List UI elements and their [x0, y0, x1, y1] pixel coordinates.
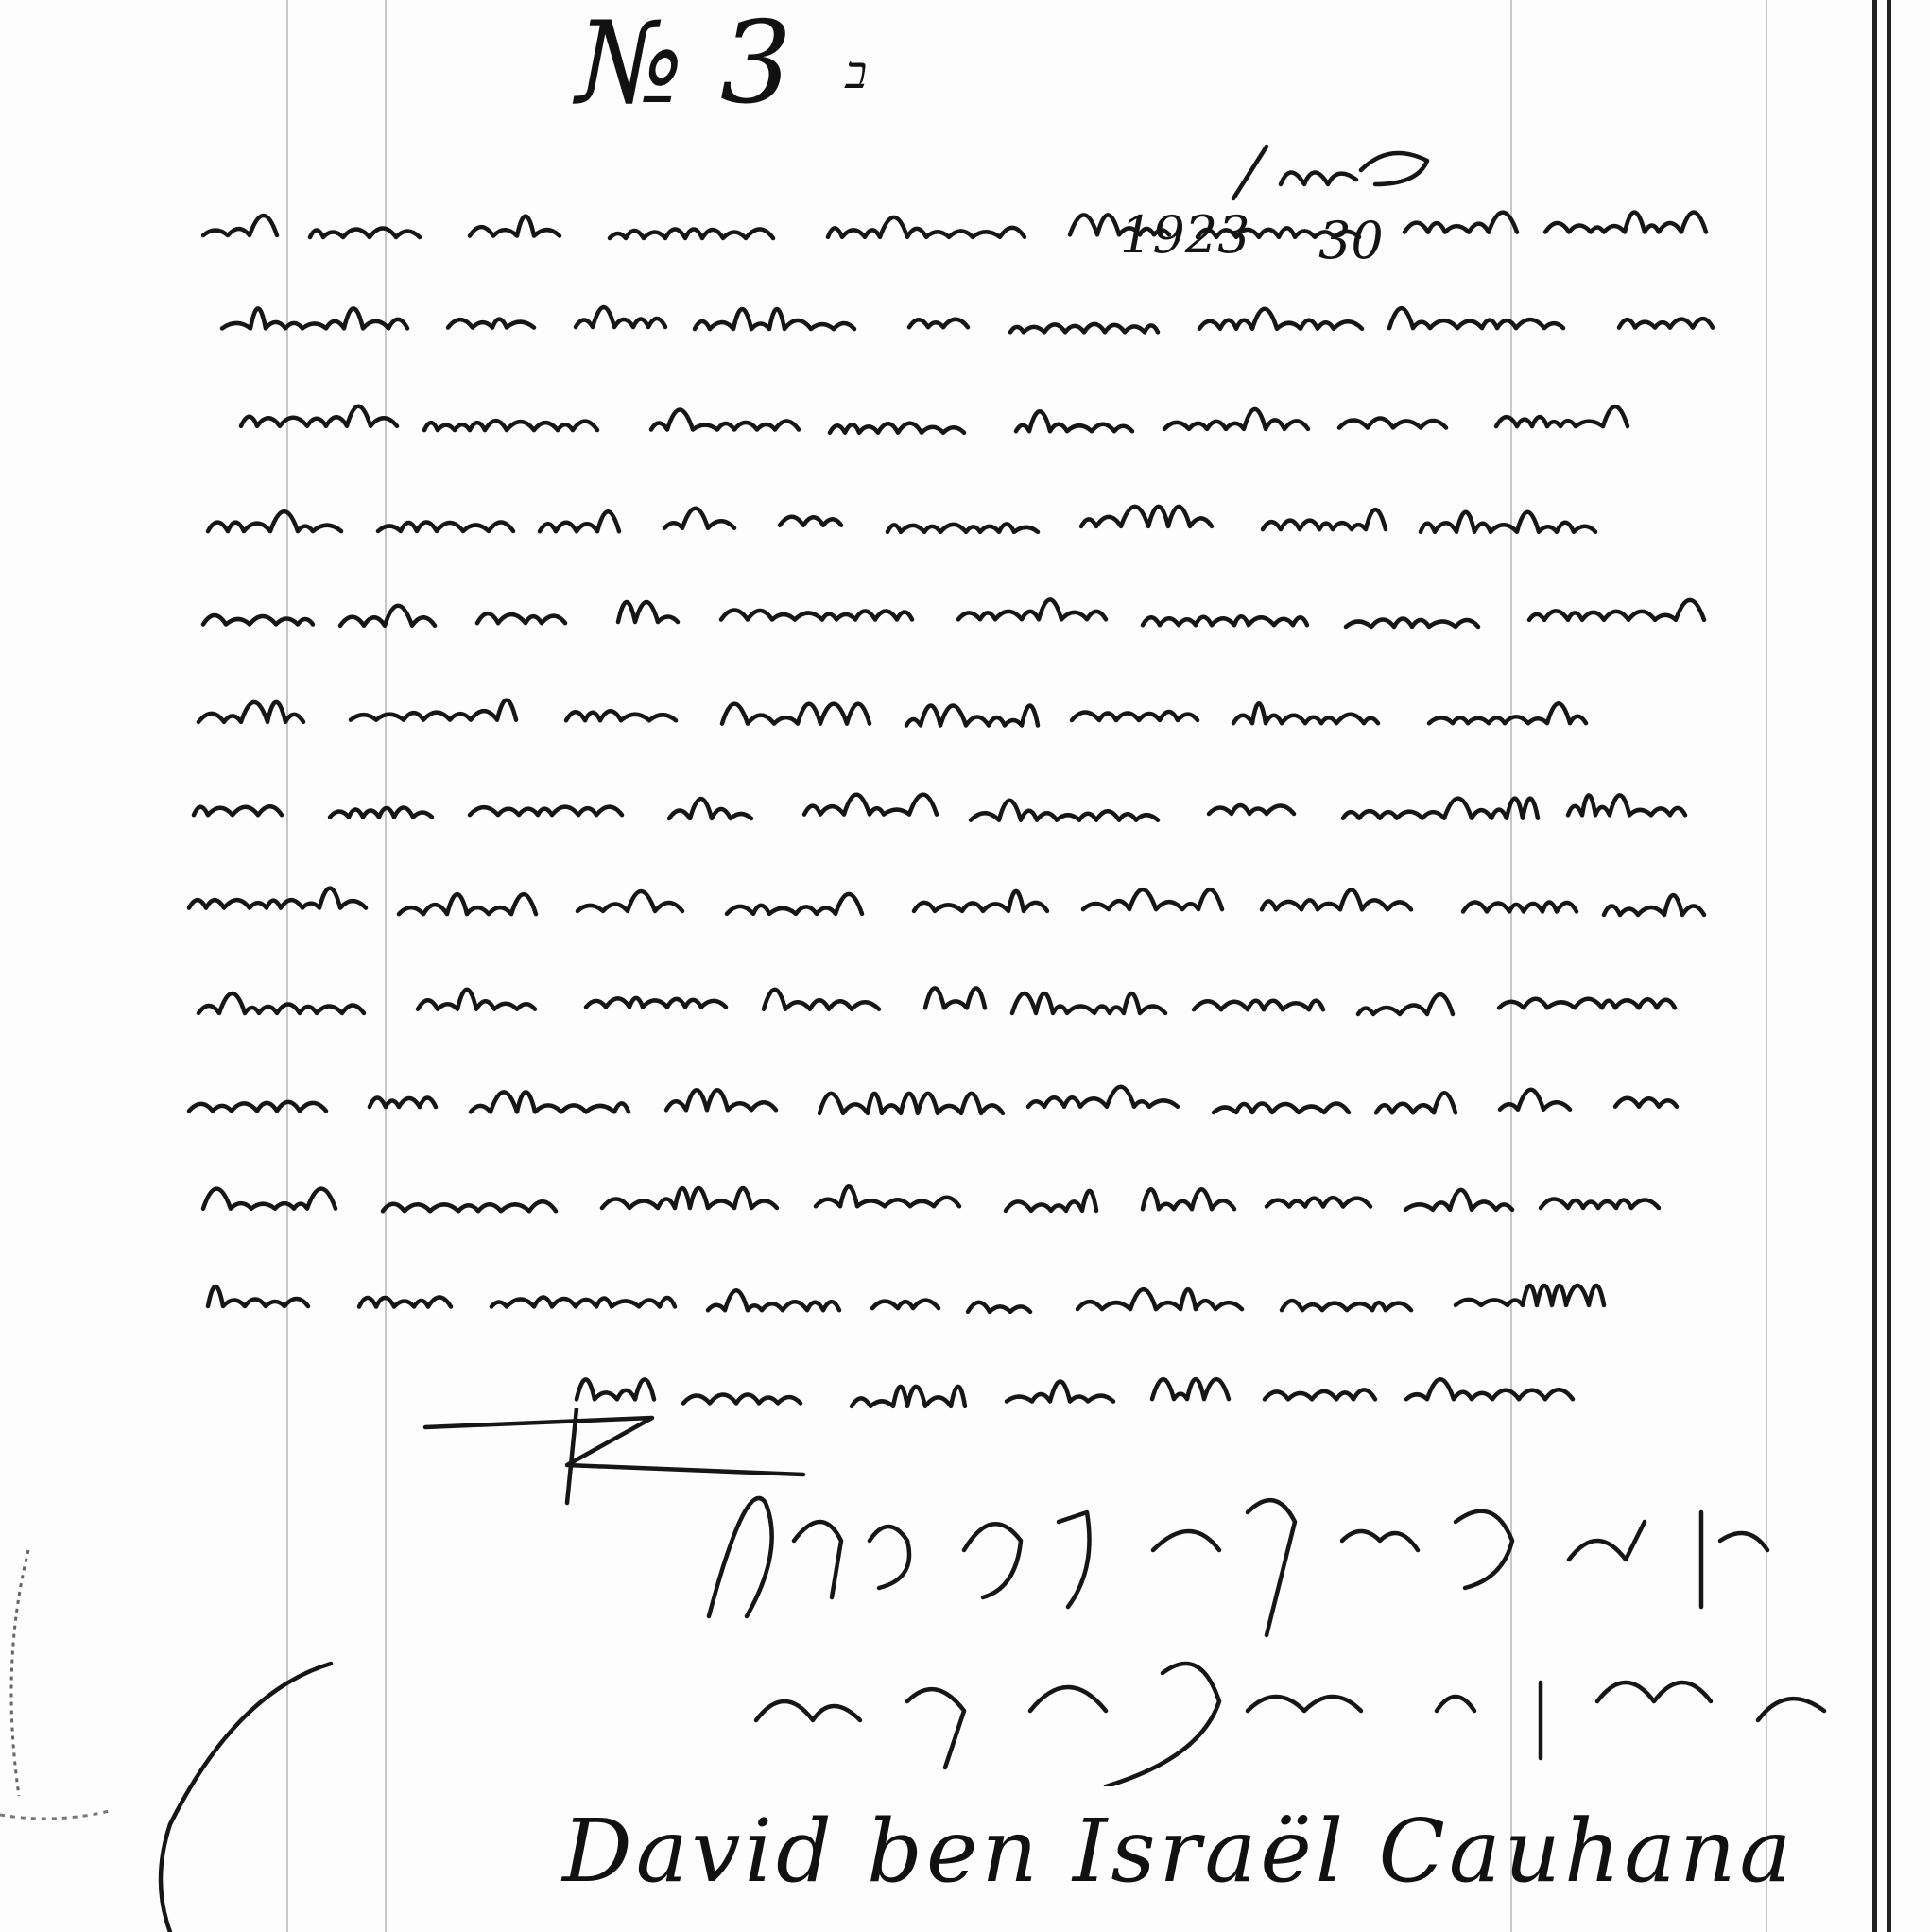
letter-line [203, 184, 1645, 260]
number-label: № [577, 0, 684, 129]
latin-signature: David ben Israël Cauhana [562, 1801, 1795, 1902]
letter-line [189, 1059, 1654, 1134]
document-number: № 3 ב [577, 8, 867, 121]
number-suffix: ב [845, 46, 867, 99]
hebrew-signature-2 [718, 1645, 1852, 1786]
margin-rule [1887, 0, 1891, 1932]
letter-line [194, 766, 1649, 841]
letter-line [203, 572, 1654, 647]
date-year: 1923 [1120, 210, 1249, 261]
flourish [95, 1635, 340, 1932]
letter-line [241, 378, 1649, 454]
document-page: № 3 ב 30 1923 David ben Israël Cauhana [0, 0, 1930, 1932]
letter-line [222, 279, 1663, 354]
letter-line [208, 477, 1640, 553]
letter-line [198, 671, 1635, 747]
letter-line [189, 860, 1649, 936]
letter-line [198, 959, 1649, 1035]
letter-line [208, 1257, 1649, 1333]
date-day: 30 [1318, 216, 1384, 267]
margin-rule [1872, 0, 1877, 1932]
hebrew-signature-1 [681, 1484, 1796, 1645]
letter-line [203, 1158, 1649, 1233]
number-value: 3 [720, 0, 792, 129]
